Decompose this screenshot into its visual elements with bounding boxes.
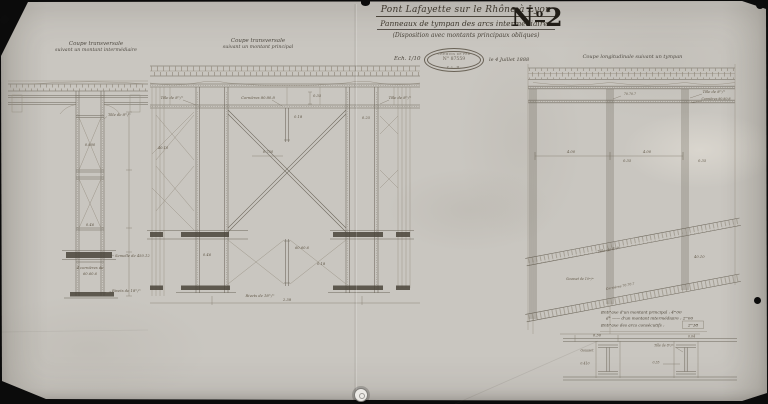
- approval-stamp: CHEMINS DE FER N° 87559 P.·L.·M.: [424, 48, 484, 72]
- dimension-annotation: 70.70.7: [624, 92, 637, 96]
- drawing-canvas: Tôle de 8ᵐ/ᵐ 0.800 0.46 Semelle de 450.1…: [0, 0, 768, 404]
- stamp-number: N° 87559: [425, 57, 483, 62]
- dimension-annotation: Gousset de 10ᵐ/ᵐ: [566, 277, 594, 281]
- dimension-annotation: 4 cornières de: [76, 266, 105, 270]
- dimension-annotation: Tôle de 8ᵐ/ᵐ: [654, 344, 674, 348]
- caption-line: suivant un montant principal: [198, 45, 318, 50]
- dimension-annotation: 0.25: [362, 116, 371, 120]
- dimension-annotation: Tôle de 8ᵐ/ᵐ: [389, 96, 412, 100]
- punch-hole: [756, 1, 764, 9]
- bottom-plan-detail: 0.30 Gousset 0.410 Tôle de 8ᵐ/ᵐ 0.35 0.0…: [563, 334, 737, 381]
- caption-line: suivant un montant intermédiaire: [38, 48, 154, 53]
- dimension-annotation: 0.800: [85, 143, 96, 147]
- dimension-annotation: Cornières 70.70.7: [605, 281, 635, 291]
- grommet-hole: [354, 388, 368, 402]
- note-line: Entr'axe d'un montant principal : 4ᵐ00: [600, 310, 682, 315]
- middle-section-drawing: Tôle de 8ᵐ/ᵐ Cornières 80.80.8 0.35 0.25…: [147, 66, 420, 305]
- dimension-annotation: 4.00: [642, 150, 652, 154]
- note-boxed-value: 2ᵐ38: [687, 323, 699, 328]
- dimension-annotation: Tôle de 8ᵐ/ᵐ: [703, 90, 726, 94]
- dimension-annotation: 0.30: [593, 334, 602, 338]
- dimension-annotation: 0.46: [203, 253, 212, 257]
- dimension-annotation: 60.60.6: [295, 246, 310, 250]
- dimension-annotation: 0.04: [688, 335, 695, 339]
- dimension-annotation: Tôle de 8ᵐ/ᵐ: [161, 96, 184, 100]
- dimension-annotation: 0.18: [317, 262, 326, 266]
- caption-middle-drawing: Coupe transversale suivant un montant pr…: [198, 38, 318, 50]
- caption-line: Coupe transversale: [38, 41, 154, 47]
- left-section-drawing: Tôle de 8ᵐ/ᵐ 0.800 0.46 Semelle de 450.1…: [8, 81, 150, 298]
- caption-right-drawing: Coupe longitudinale suivant un tympan: [545, 54, 720, 60]
- dimension-annotation: 0.35: [313, 94, 322, 98]
- punch-hole: [754, 297, 761, 304]
- dimension-annotation: Gousset: [581, 349, 595, 353]
- stamp-ring-text-bottom: P.·L.·M.: [425, 65, 483, 69]
- dimension-annotation: Semelle de 450.12: [115, 254, 150, 258]
- drawing-subtitle-2: (Disposition avec montants principaux ob…: [368, 32, 564, 39]
- dimension-annotation: Tôle de 8ᵐ/ᵐ: [108, 113, 131, 117]
- right-longitudinal-drawing: Tôle de 8ᵐ/ᵐ Cornières 80.80.8 70.70.7 4…: [525, 64, 741, 334]
- sheet-number: No2: [511, 3, 564, 32]
- scanned-drawing-sheet: Tôle de 8ᵐ/ᵐ 0.800 0.46 Semelle de 450.1…: [0, 0, 768, 404]
- sheet-number-prefix: N: [511, 3, 535, 32]
- dimension-annotation: Cornières 80.80.8: [241, 96, 275, 100]
- grommet-ring: [359, 393, 365, 399]
- dimension-annotation: 60.60.6: [83, 272, 98, 276]
- sheet-number-sup: o: [535, 7, 545, 22]
- scale-label: Ech. 1/10: [394, 56, 421, 62]
- sheet-number-digit: 2: [545, 3, 563, 32]
- dimension-annotation: 0.410: [580, 362, 589, 366]
- dimension-annotation: Rivets de 18ᵐ/ᵐ: [111, 289, 141, 293]
- dimension-annotation: 0.46: [86, 223, 95, 227]
- dimension-annotation: 0.750: [263, 150, 274, 154]
- dimension-annotation: 4.00: [566, 150, 576, 154]
- dimension-annotation: Rivets de 18ᵐ/ᵐ: [245, 294, 275, 298]
- dimension-annotation: 2.38: [282, 298, 292, 302]
- stamp-ring-text-top: CHEMINS DE FER: [425, 52, 483, 56]
- punch-hole: [0, 15, 9, 24]
- dimension-annotation: 0.35: [652, 361, 659, 365]
- spacing-notes: Entr'axe d'un montant principal : 4ᵐ00 d…: [600, 310, 707, 332]
- edge-notch: [361, 0, 370, 6]
- dimension-annotation: 40.10: [157, 146, 169, 150]
- date-note: le 4 Juillet 1888: [489, 57, 529, 63]
- caption-left-drawing: Coupe transversale suivant un montant in…: [38, 41, 154, 53]
- dimension-annotation: 40.10: [693, 255, 705, 259]
- dimension-annotation: 0.35: [698, 159, 707, 163]
- dimension-annotation: 0.18: [294, 115, 303, 119]
- caption-line: Coupe transversale: [198, 38, 318, 44]
- note-line: Entr'axe des arcs consécutifs :: [600, 323, 665, 328]
- note-line: d° —— d'un montant intermédiaire : 2ᵐ00: [606, 316, 693, 321]
- dimension-annotation: 0.35: [623, 159, 632, 163]
- dimension-annotation: Cornières 80.80.8: [701, 97, 730, 101]
- paper-creases: [2, 4, 598, 404]
